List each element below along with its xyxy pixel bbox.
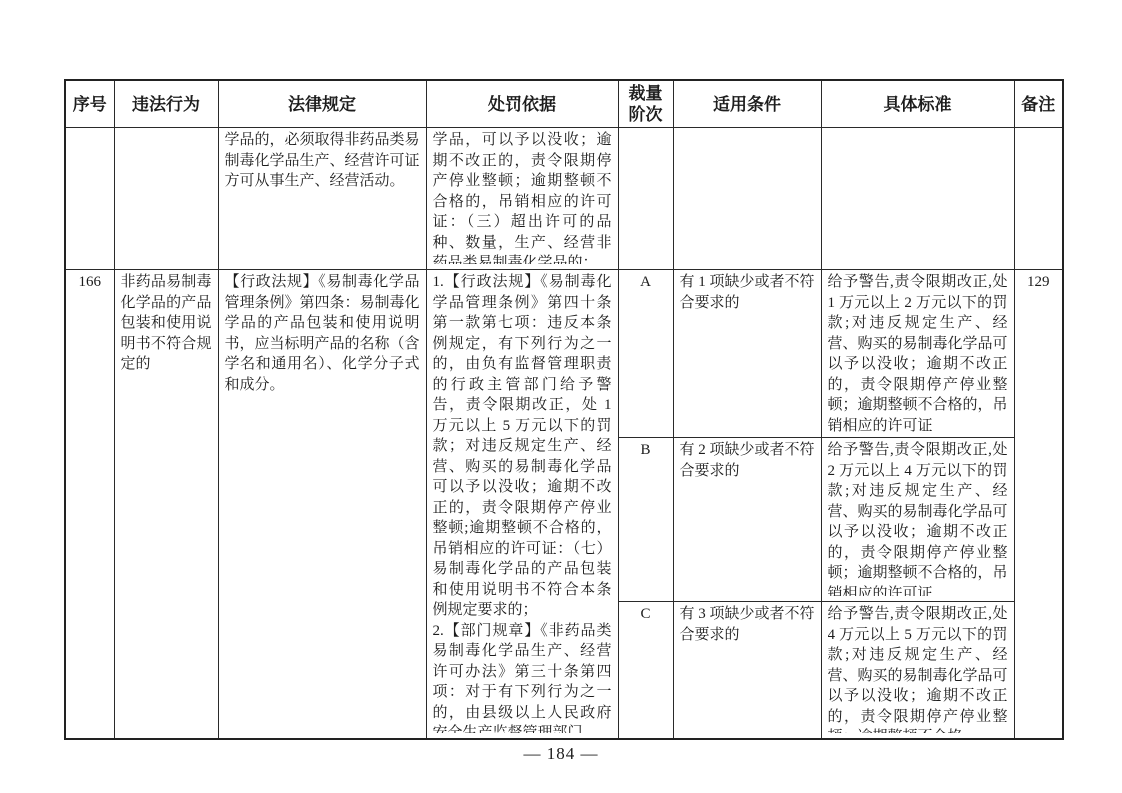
carryover-row: 学品的，必须取得非药品类易制毒化学品生产、经营许可证方可从事生产、经营活动。 学…	[65, 128, 1063, 270]
carryover-basis-text: 学品，可以予以没收；逾期不改正的，责令限期停产停业整顿；逾期整顿不合格的，吊销相…	[433, 130, 612, 264]
subrow-b-standard-text: 给予警告,责令限期改正,处 2 万元以上 4 万元以下的罚款;对违反规定生产、经…	[828, 440, 1008, 596]
row-166-act-cell: 非药品易制毒化学品的产品包装和使用说明书不符合规定的	[114, 270, 218, 739]
subrow-a-standard-text: 给予警告,责令限期改正,处 1 万元以上 2 万元以下的罚款;对违反规定生产、经…	[828, 272, 1008, 432]
penalty-discretion-table: 序号 违法行为 法律规定 处罚依据 裁量阶次 适用条件 具体标准 备注 学品的，…	[64, 79, 1064, 740]
row-166-basis-cell: 1.【行政法规】《易制毒化学品管理条例》第四十条第一款第七项：违反本条例规定，有…	[426, 270, 618, 739]
subrow-c-condition: 有 3 项缺少或者不符合要求的	[673, 602, 821, 739]
subrow-c-condition-text: 有 3 项缺少或者不符合要求的	[680, 604, 815, 645]
col-header-note: 备注	[1014, 80, 1063, 128]
row-166-law-text: 【行政法规】《易制毒化学品管理条例》第四条：易制毒化学品的产品包装和使用说明书，…	[225, 272, 420, 733]
carryover-no-cell	[65, 128, 114, 270]
col-header-act: 违法行为	[114, 80, 218, 128]
carryover-level-cell	[618, 128, 673, 270]
row-166-note: 129	[1014, 270, 1063, 739]
carryover-condition-cell	[673, 128, 821, 270]
row-166-law-cell: 【行政法规】《易制毒化学品管理条例》第四条：易制毒化学品的产品包装和使用说明书，…	[218, 270, 426, 739]
carryover-act-cell	[114, 128, 218, 270]
subrow-c-standard-text: 给予警告,责令限期改正,处 4 万元以上 5 万元以下的罚款;对违反规定生产、经…	[828, 604, 1008, 733]
subrow-c-level: C	[618, 602, 673, 739]
subrow-c-standard: 给予警告,责令限期改正,处 4 万元以上 5 万元以下的罚款;对违反规定生产、经…	[821, 602, 1014, 739]
subrow-a-condition: 有 1 项缺少或者不符合要求的	[673, 270, 821, 438]
row-166-basis-wrap: 1.【行政法规】《易制毒化学品管理条例》第四十条第一款第七项：违反本条例规定，有…	[433, 272, 612, 733]
carryover-law-cell: 学品的，必须取得非药品类易制毒化学品生产、经营许可证方可从事生产、经营活动。	[218, 128, 426, 270]
col-header-law: 法律规定	[218, 80, 426, 128]
col-header-level: 裁量阶次	[618, 80, 673, 128]
subrow-a-level: A	[618, 270, 673, 438]
header-row: 序号 违法行为 法律规定 处罚依据 裁量阶次 适用条件 具体标准 备注	[65, 80, 1063, 128]
document-page: 序号 违法行为 法律规定 处罚依据 裁量阶次 适用条件 具体标准 备注 学品的，…	[0, 0, 1122, 793]
row-166-basis-item-2: 2.【部门规章】《非药品类易制毒化学品生产、经营许可办法》第三十条第四项：对于有…	[433, 621, 612, 734]
carryover-note-cell	[1014, 128, 1063, 270]
row-166-subrow-a: 166 非药品易制毒化学品的产品包装和使用说明书不符合规定的 【行政法规】《易制…	[65, 270, 1063, 438]
subrow-b-condition: 有 2 项缺少或者不符合要求的	[673, 438, 821, 602]
carryover-basis-cell: 学品，可以予以没收；逾期不改正的，责令限期停产停业整顿；逾期整顿不合格的，吊销相…	[426, 128, 618, 270]
subrow-a-standard: 给予警告,责令限期改正,处 1 万元以上 2 万元以下的罚款;对违反规定生产、经…	[821, 270, 1014, 438]
page-number: — 184 —	[0, 744, 1122, 764]
subrow-a-condition-text: 有 1 项缺少或者不符合要求的	[680, 272, 815, 313]
col-header-condition: 适用条件	[673, 80, 821, 128]
row-166-number: 166	[65, 270, 114, 739]
col-header-standard: 具体标准	[821, 80, 1014, 128]
carryover-law-text: 学品的，必须取得非药品类易制毒化学品生产、经营许可证方可从事生产、经营活动。	[225, 130, 420, 264]
subrow-b-condition-text: 有 2 项缺少或者不符合要求的	[680, 440, 815, 481]
row-166-act-text: 非药品易制毒化学品的产品包装和使用说明书不符合规定的	[121, 272, 212, 375]
col-header-basis: 处罚依据	[426, 80, 618, 128]
col-header-no: 序号	[65, 80, 114, 128]
carryover-standard-cell	[821, 128, 1014, 270]
subrow-b-standard: 给予警告,责令限期改正,处 2 万元以上 4 万元以下的罚款;对违反规定生产、经…	[821, 438, 1014, 602]
subrow-b-level: B	[618, 438, 673, 602]
row-166-basis-item-1: 1.【行政法规】《易制毒化学品管理条例》第四十条第一款第七项：违反本条例规定，有…	[433, 272, 612, 621]
